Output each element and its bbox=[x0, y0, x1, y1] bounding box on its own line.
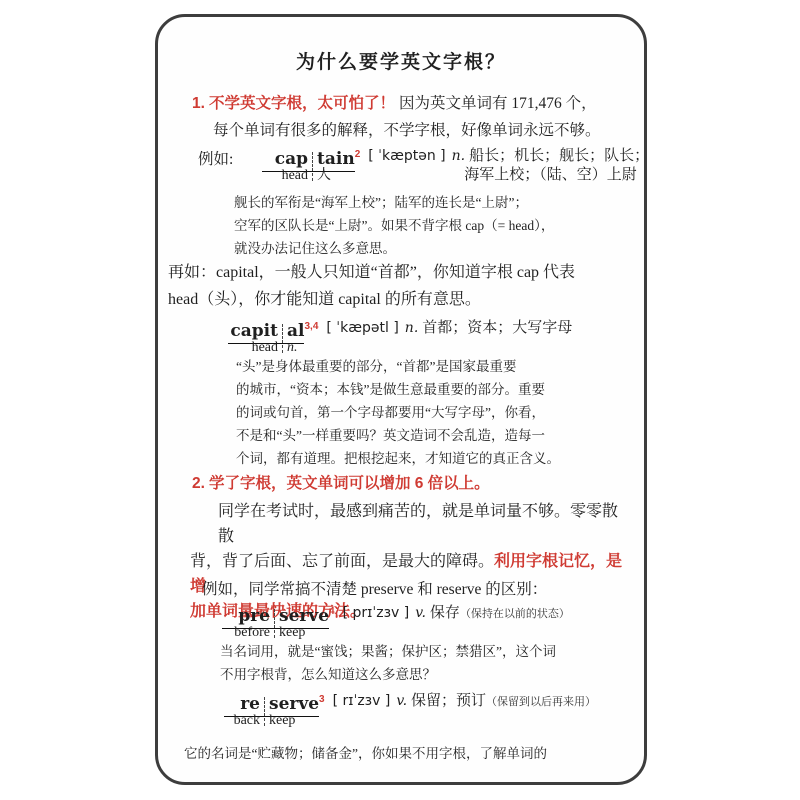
section-1-number: 1. bbox=[192, 95, 205, 112]
paragraph-capital-explanation: “头”是身体最重要的部分，“首都”是国家最重要 的城市，“资本；本钱”是做生意最… bbox=[236, 355, 636, 470]
section-2-red-text: 学了字根，英文单词可以增加 6 倍以上。 bbox=[209, 475, 490, 492]
entry-preserve-word: preserve4 bbox=[222, 602, 335, 624]
example-1-label: 例如: bbox=[198, 147, 233, 169]
root-divider bbox=[282, 324, 283, 339]
example-2-label: 例如，同学常搞不清楚 preserve 和 reserve 的区别： bbox=[202, 577, 547, 599]
phonetic: [ ˈkæptən ] bbox=[368, 148, 445, 164]
part-of-speech: n. bbox=[405, 320, 418, 336]
entry-captain: captain2 head人 [ ˈkæptən ]n.船长；机长；舰长；队长；… bbox=[262, 145, 647, 185]
paragraph-line: 不用字根背，怎么知道这么多意思？ bbox=[220, 663, 620, 686]
paragraph-line: 的城市，“资本；本钱”是做生意最重要的部分。重要 bbox=[236, 378, 636, 401]
word-level-superscript: 3,4 bbox=[304, 321, 318, 332]
root-part-2: tain bbox=[317, 149, 355, 169]
part-of-speech: v. bbox=[396, 693, 407, 709]
section-1-line2: 每个单词有很多的解释，不学字根，好像单词永远不够。 bbox=[213, 118, 601, 140]
paragraph-line: 个词，都有道理。把根挖起来，才知道它的真正含义。 bbox=[236, 447, 636, 470]
entry-reserve: reserve3 backkeep [ rɪˈzɜv ]v.保留；预订（保留到以… bbox=[224, 690, 596, 730]
entry-preserve-definition: [ prɪˈzɜv ]v.保存（保持在以前的状态） bbox=[335, 602, 570, 624]
definitions-line-1: 首都；资本；大写字母 bbox=[422, 320, 572, 336]
root-divider bbox=[282, 340, 283, 353]
page-title: 为什么要学英文字根？ bbox=[158, 47, 644, 74]
root-divider bbox=[274, 625, 275, 638]
root-part-1: pre bbox=[222, 606, 270, 626]
section-1-heading: 1. 不学英文字根，太可怕了！ 因为英文单词有 171,476 个， bbox=[192, 91, 597, 113]
root-meaning-2: n. bbox=[287, 340, 298, 355]
book-page: 为什么要学英文字根？ 1. 不学英文字根，太可怕了！ 因为英文单词有 171,4… bbox=[155, 14, 647, 785]
paragraph-captain-explanation: 舰长的军衔是“海军上校”；陆军的连长是“上尉”； 空军的区队长是“上尉”。如果不… bbox=[234, 191, 634, 260]
root-meaning-1: head bbox=[262, 168, 308, 184]
phonetic: [ rɪˈzɜv ] bbox=[333, 693, 391, 709]
paragraph-line: 同学在考试时，最感到痛苦的，就是单词量不够。零零散散 bbox=[190, 499, 630, 549]
root-divider bbox=[312, 168, 313, 181]
root-meaning-2: 人 bbox=[317, 168, 331, 183]
paragraph-line: 当名词用，就是“蜜饯；果酱；保护区；禁猎区”，这个词 bbox=[220, 640, 620, 663]
phonetic: [ ˈkæpətl ] bbox=[326, 320, 398, 336]
entry-capital-definition: [ ˈkæpətl ]n.首都；资本；大写字母 bbox=[318, 317, 572, 339]
root-part-2: al bbox=[287, 321, 304, 341]
definitions-line-1: 船长；机长；舰长；队长； bbox=[469, 148, 647, 164]
section-1-black-text: 因为英文单词有 171,476 个， bbox=[399, 95, 597, 112]
paragraph-preserve-explanation: 当名词用，就是“蜜饯；果酱；保护区；禁猎区”，这个词 不用字根背，怎么知道这么多… bbox=[220, 640, 620, 686]
root-part-2: serve bbox=[269, 694, 319, 714]
paragraph-line: 舰长的军衔是“海军上校”；陆军的连长是“上尉”； bbox=[234, 191, 634, 214]
part-of-speech: n. bbox=[452, 148, 465, 164]
root-divider bbox=[274, 609, 275, 624]
root-divider bbox=[264, 697, 265, 712]
root-divider bbox=[312, 152, 313, 167]
usage-note: （保留到以后再来用） bbox=[486, 696, 596, 708]
paragraph-line: 的词或句首，第一个字母都要用“大写字母”，你看， bbox=[236, 401, 636, 424]
entry-reserve-definition: [ rɪˈzɜv ]v.保留；预订（保留到以后再来用） bbox=[325, 690, 596, 712]
paragraph-line: 不是和“头”一样重要吗？英文造词不会乱造，造每一 bbox=[236, 424, 636, 447]
phonetic: [ prɪˈzɜv ] bbox=[343, 605, 410, 621]
paragraph-capital-intro: 再如：capital，一般人只知道“首都”，你知道字根 cap 代表 head（… bbox=[168, 259, 638, 313]
paragraph-line: 再如：capital，一般人只知道“首都”，你知道字根 cap 代表 bbox=[168, 259, 638, 286]
root-part-1: capit bbox=[228, 321, 278, 341]
root-divider bbox=[264, 713, 265, 726]
entry-capital-word: capital3,4 bbox=[228, 317, 318, 339]
root-part-2: serve bbox=[279, 606, 329, 626]
part-of-speech: v. bbox=[415, 605, 426, 621]
definitions-line-1: 保存 bbox=[430, 605, 460, 621]
definitions-line-2: 海军上校；（陆、空）上尉 bbox=[360, 167, 647, 185]
section-2-number: 2. bbox=[192, 475, 205, 492]
root-meaning-1: head bbox=[228, 340, 278, 356]
section-2-heading: 2. 学了字根，英文单词可以增加 6 倍以上。 bbox=[192, 471, 490, 493]
root-meaning-2: keep bbox=[279, 625, 305, 640]
paragraph-line: head（头），你才能知道 capital 的所有意思。 bbox=[168, 286, 638, 313]
root-part-1: re bbox=[224, 694, 260, 714]
entry-reserve-word: reserve3 bbox=[224, 690, 325, 712]
section-1-red-text: 不学英文字根，太可怕了！ bbox=[209, 95, 395, 112]
paragraph-line: “头”是身体最重要的部分，“首都”是国家最重要 bbox=[236, 355, 636, 378]
root-meaning-1: before bbox=[222, 625, 270, 641]
root-part-1: cap bbox=[262, 149, 308, 169]
definitions-line-1: 保留；预订 bbox=[411, 693, 486, 709]
paragraph-line: 就没办法记住这么多意思。 bbox=[234, 237, 634, 260]
root-meaning-2: keep bbox=[269, 713, 295, 728]
entry-captain-definition: [ ˈkæptən ]n.船长；机长；舰长；队长； bbox=[360, 145, 647, 167]
entry-preserve: preserve4 beforekeep [ prɪˈzɜv ]v.保存（保持在… bbox=[222, 602, 570, 642]
paragraph-line: 空军的区队长是“上尉”。如果不背字根 cap（= head）， bbox=[234, 214, 634, 237]
usage-note: （保持在以前的状态） bbox=[460, 608, 570, 620]
entry-captain-word: captain2 bbox=[262, 145, 360, 167]
root-meaning-1: back bbox=[224, 713, 260, 729]
entry-capital: capital3,4 headn. [ ˈkæpətl ]n.首都；资本；大写字… bbox=[228, 317, 572, 357]
paragraph-reserve-noun: 它的名词是“贮藏物；储备金”，你如果不用字根，了解单词的 bbox=[184, 742, 624, 765]
